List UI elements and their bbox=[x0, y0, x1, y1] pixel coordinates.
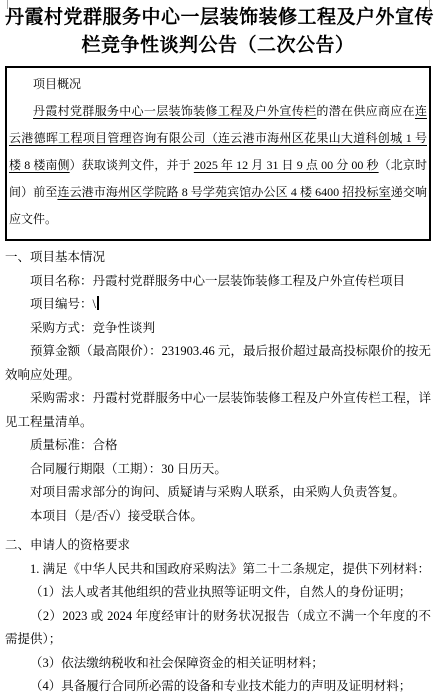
title-line-2: 栏竞争性谈判公告（二次公告） bbox=[5, 32, 431, 60]
field-contract-period: 合同履行期限（工期）：30 日历天。 bbox=[5, 458, 431, 482]
overview-heading: 项目概况 bbox=[9, 71, 427, 98]
overview-paragraph: 丹霞村党群服务中心一层装饰装修工程及户外宣传栏的潜在供应商应在连云港德晖工程项目… bbox=[9, 98, 427, 233]
section-heading-qualifications: 二、申请人的资格要求 bbox=[5, 534, 431, 558]
overview-run-plain-1: 的潜在供应商应在 bbox=[316, 104, 415, 118]
field-procurement-method: 采购方式：竞争性谈判 bbox=[5, 317, 431, 341]
project-overview-box: 项目概况 丹霞村党群服务中心一层装饰装修工程及户外宣传栏的潜在供应商应在连云港德… bbox=[5, 66, 431, 241]
field-consortium: 本项目（是/否√）接受联合体。 bbox=[5, 505, 431, 529]
field-quality-standard: 质量标准：合格 bbox=[5, 434, 431, 458]
field-project-number-text: 项目编号：\ bbox=[30, 297, 96, 311]
field-project-number: 项目编号：\ bbox=[5, 293, 431, 317]
section-qualifications: 二、申请人的资格要求 1. 满足《中华人民共和国政府采购法》第二十二条规定，提供… bbox=[5, 534, 431, 695]
page-margin-mark-right bbox=[429, 0, 430, 9]
overview-run-deadline: 2025 年 12 月 31 日 9 点 00 分 00 秒 bbox=[194, 158, 379, 172]
field-project-name: 项目名称：丹霞村党群服务中心一层装饰装修工程及户外宣传栏项目 bbox=[5, 270, 431, 294]
overview-run-project-name: 丹霞村党群服务中心一层装饰装修工程及户外宣传栏 bbox=[33, 104, 316, 118]
document-page[interactable]: 丹霞村党群服务中心一层装饰装修工程及户外宣传 栏竞争性谈判公告（二次公告） 项目… bbox=[0, 0, 436, 695]
text-cursor bbox=[97, 296, 99, 310]
qualification-material-4: （4）具备履行合同所必需的设备和专业技术能力的声明及证明材料； bbox=[5, 675, 431, 695]
field-procurement-demand: 采购需求：丹霞村党群服务中心一层装饰装修工程及户外宣传栏工程，详见工程量清单。 bbox=[5, 387, 431, 434]
overview-run-plain-2: ）获取谈判文件，并于 bbox=[70, 158, 194, 172]
qualification-material-2: （2）2023 或 2024 年度经审计的财务状况报告（成立不满一个年度的不需提… bbox=[5, 605, 431, 652]
page-margin-mark-left bbox=[7, 0, 8, 9]
qualification-material-3: （3）依法缴纳税收和社会保障资金的相关证明材料； bbox=[5, 652, 431, 676]
title-line-1: 丹霞村党群服务中心一层装饰装修工程及户外宣传 bbox=[5, 4, 431, 32]
field-budget-amount: 预算金额（最高限价）：231903.46 元，最后报价超过最高投标限价的按无效响… bbox=[5, 340, 431, 387]
section-basic-info: 一、项目基本情况 项目名称：丹霞村党群服务中心一层装饰装修工程及户外宣传栏项目 … bbox=[5, 246, 431, 528]
qualification-rule-1: 1. 满足《中华人民共和国政府采购法》第二十二条规定，提供下列材料： bbox=[5, 558, 431, 582]
document-title: 丹霞村党群服务中心一层装饰装修工程及户外宣传 栏竞争性谈判公告（二次公告） bbox=[5, 4, 431, 60]
overview-run-submission-place: 连云港市海州区学院路 8 号学苑宾馆办公区 4 楼 6400 招投标室 bbox=[57, 185, 390, 199]
qualification-material-1: （1）法人或者其他组织的营业执照等证明文件，自然人的身份证明； bbox=[5, 581, 431, 605]
section-heading-basic-info: 一、项目基本情况 bbox=[5, 246, 431, 270]
field-inquiry-contact: 对项目需求部分的询问、质疑请与采购人联系，由采购人负责答复。 bbox=[5, 481, 431, 505]
